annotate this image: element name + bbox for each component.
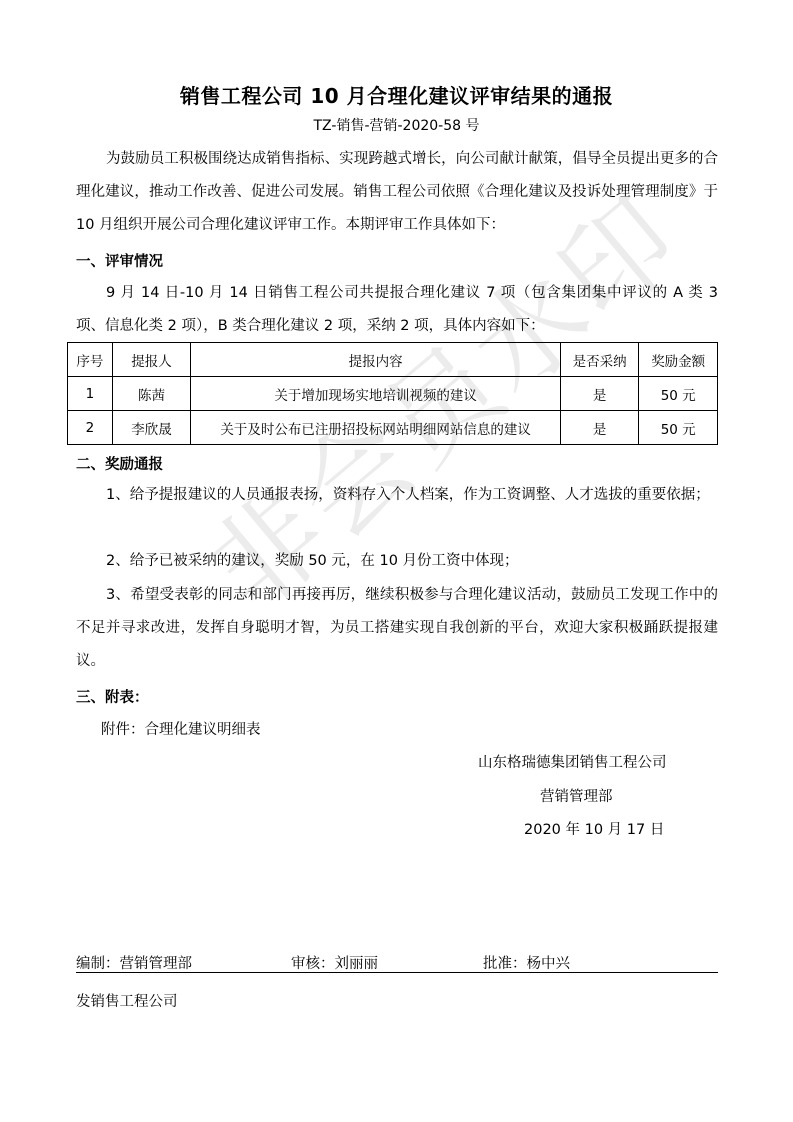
cell-award: 50 元: [639, 411, 718, 445]
section3-heading: 三、附表：: [76, 686, 149, 707]
table-row: 2 李欣晟 关于及时公布已注册招投标网站明细网站信息的建议 是 50 元: [68, 411, 718, 445]
cell-no: 2: [68, 411, 113, 445]
distribution: 发销售工程公司: [76, 990, 178, 1011]
signature-department: 营销管理部: [540, 785, 613, 806]
reward-item-3: 3、希望受表彰的同志和部门再接再厉，继续积极参与合理化建议活动，鼓励员工发现工作…: [76, 579, 718, 678]
table-row: 1 陈茜 关于增加现场实地培训视频的建议 是 50 元: [68, 377, 718, 411]
reward-item-2: 2、给予已被采纳的建议，奖励 50 元，在 10 月份工资中体现；: [76, 545, 718, 578]
signature-company: 山东格瑞德集团销售工程公司: [478, 751, 667, 772]
prepared-by: 编制：营销管理部: [76, 952, 192, 973]
cell-person: 陈茜: [112, 377, 191, 411]
cell-no: 1: [68, 377, 113, 411]
document-number: TZ-销售-营销-2020-58 号: [0, 115, 793, 135]
cell-adopted: 是: [560, 411, 639, 445]
attachment-link[interactable]: 附件：合理化建议明细表: [101, 718, 261, 739]
header-content: 提报内容: [191, 343, 561, 377]
cell-content: 关于及时公布已注册招投标网站明细网站信息的建议: [191, 411, 561, 445]
document-title: 销售工程公司 10 月合理化建议评审结果的通报: [0, 80, 793, 109]
section1-body: 9 月 14 日-10 月 14 日销售工程公司共提报合理化建议 7 项（包含集…: [76, 277, 718, 343]
cell-content: 关于增加现场实地培训视频的建议: [191, 377, 561, 411]
section2-heading: 二、奖励通报: [76, 453, 163, 474]
header-award: 奖励金额: [639, 343, 718, 377]
header-adopted: 是否采纳: [560, 343, 639, 377]
table-header-row: 序号 提报人 提报内容 是否采纳 奖励金额: [68, 343, 718, 377]
section1-heading: 一、评审情况: [76, 250, 163, 271]
intro-paragraph: 为鼓励员工积极围绕达成销售指标、实现跨越式增长，向公司献计献策，倡导全员提出更多…: [76, 143, 718, 242]
cell-adopted: 是: [560, 377, 639, 411]
document-page: 非会员水印 销售工程公司 10 月合理化建议评审结果的通报 TZ-销售-营销-2…: [0, 0, 793, 1122]
signature-date: 2020 年 10 月 17 日: [524, 818, 664, 839]
cell-award: 50 元: [639, 377, 718, 411]
header-person: 提报人: [112, 343, 191, 377]
approval-line: 编制：营销管理部 审核：刘丽丽 批准：杨中兴: [76, 952, 718, 973]
approved-by: 批准：杨中兴: [483, 952, 570, 973]
reward-item-1: 1、给予提报建议的人员通报表扬，资料存入个人档案，作为工资调整、人才选拔的重要依…: [76, 479, 718, 512]
header-no: 序号: [68, 343, 113, 377]
reviewed-by: 审核：刘丽丽: [291, 952, 378, 973]
suggestions-table: 序号 提报人 提报内容 是否采纳 奖励金额 1 陈茜 关于增加现场实地培训视频的…: [67, 342, 718, 445]
cell-person: 李欣晟: [112, 411, 191, 445]
